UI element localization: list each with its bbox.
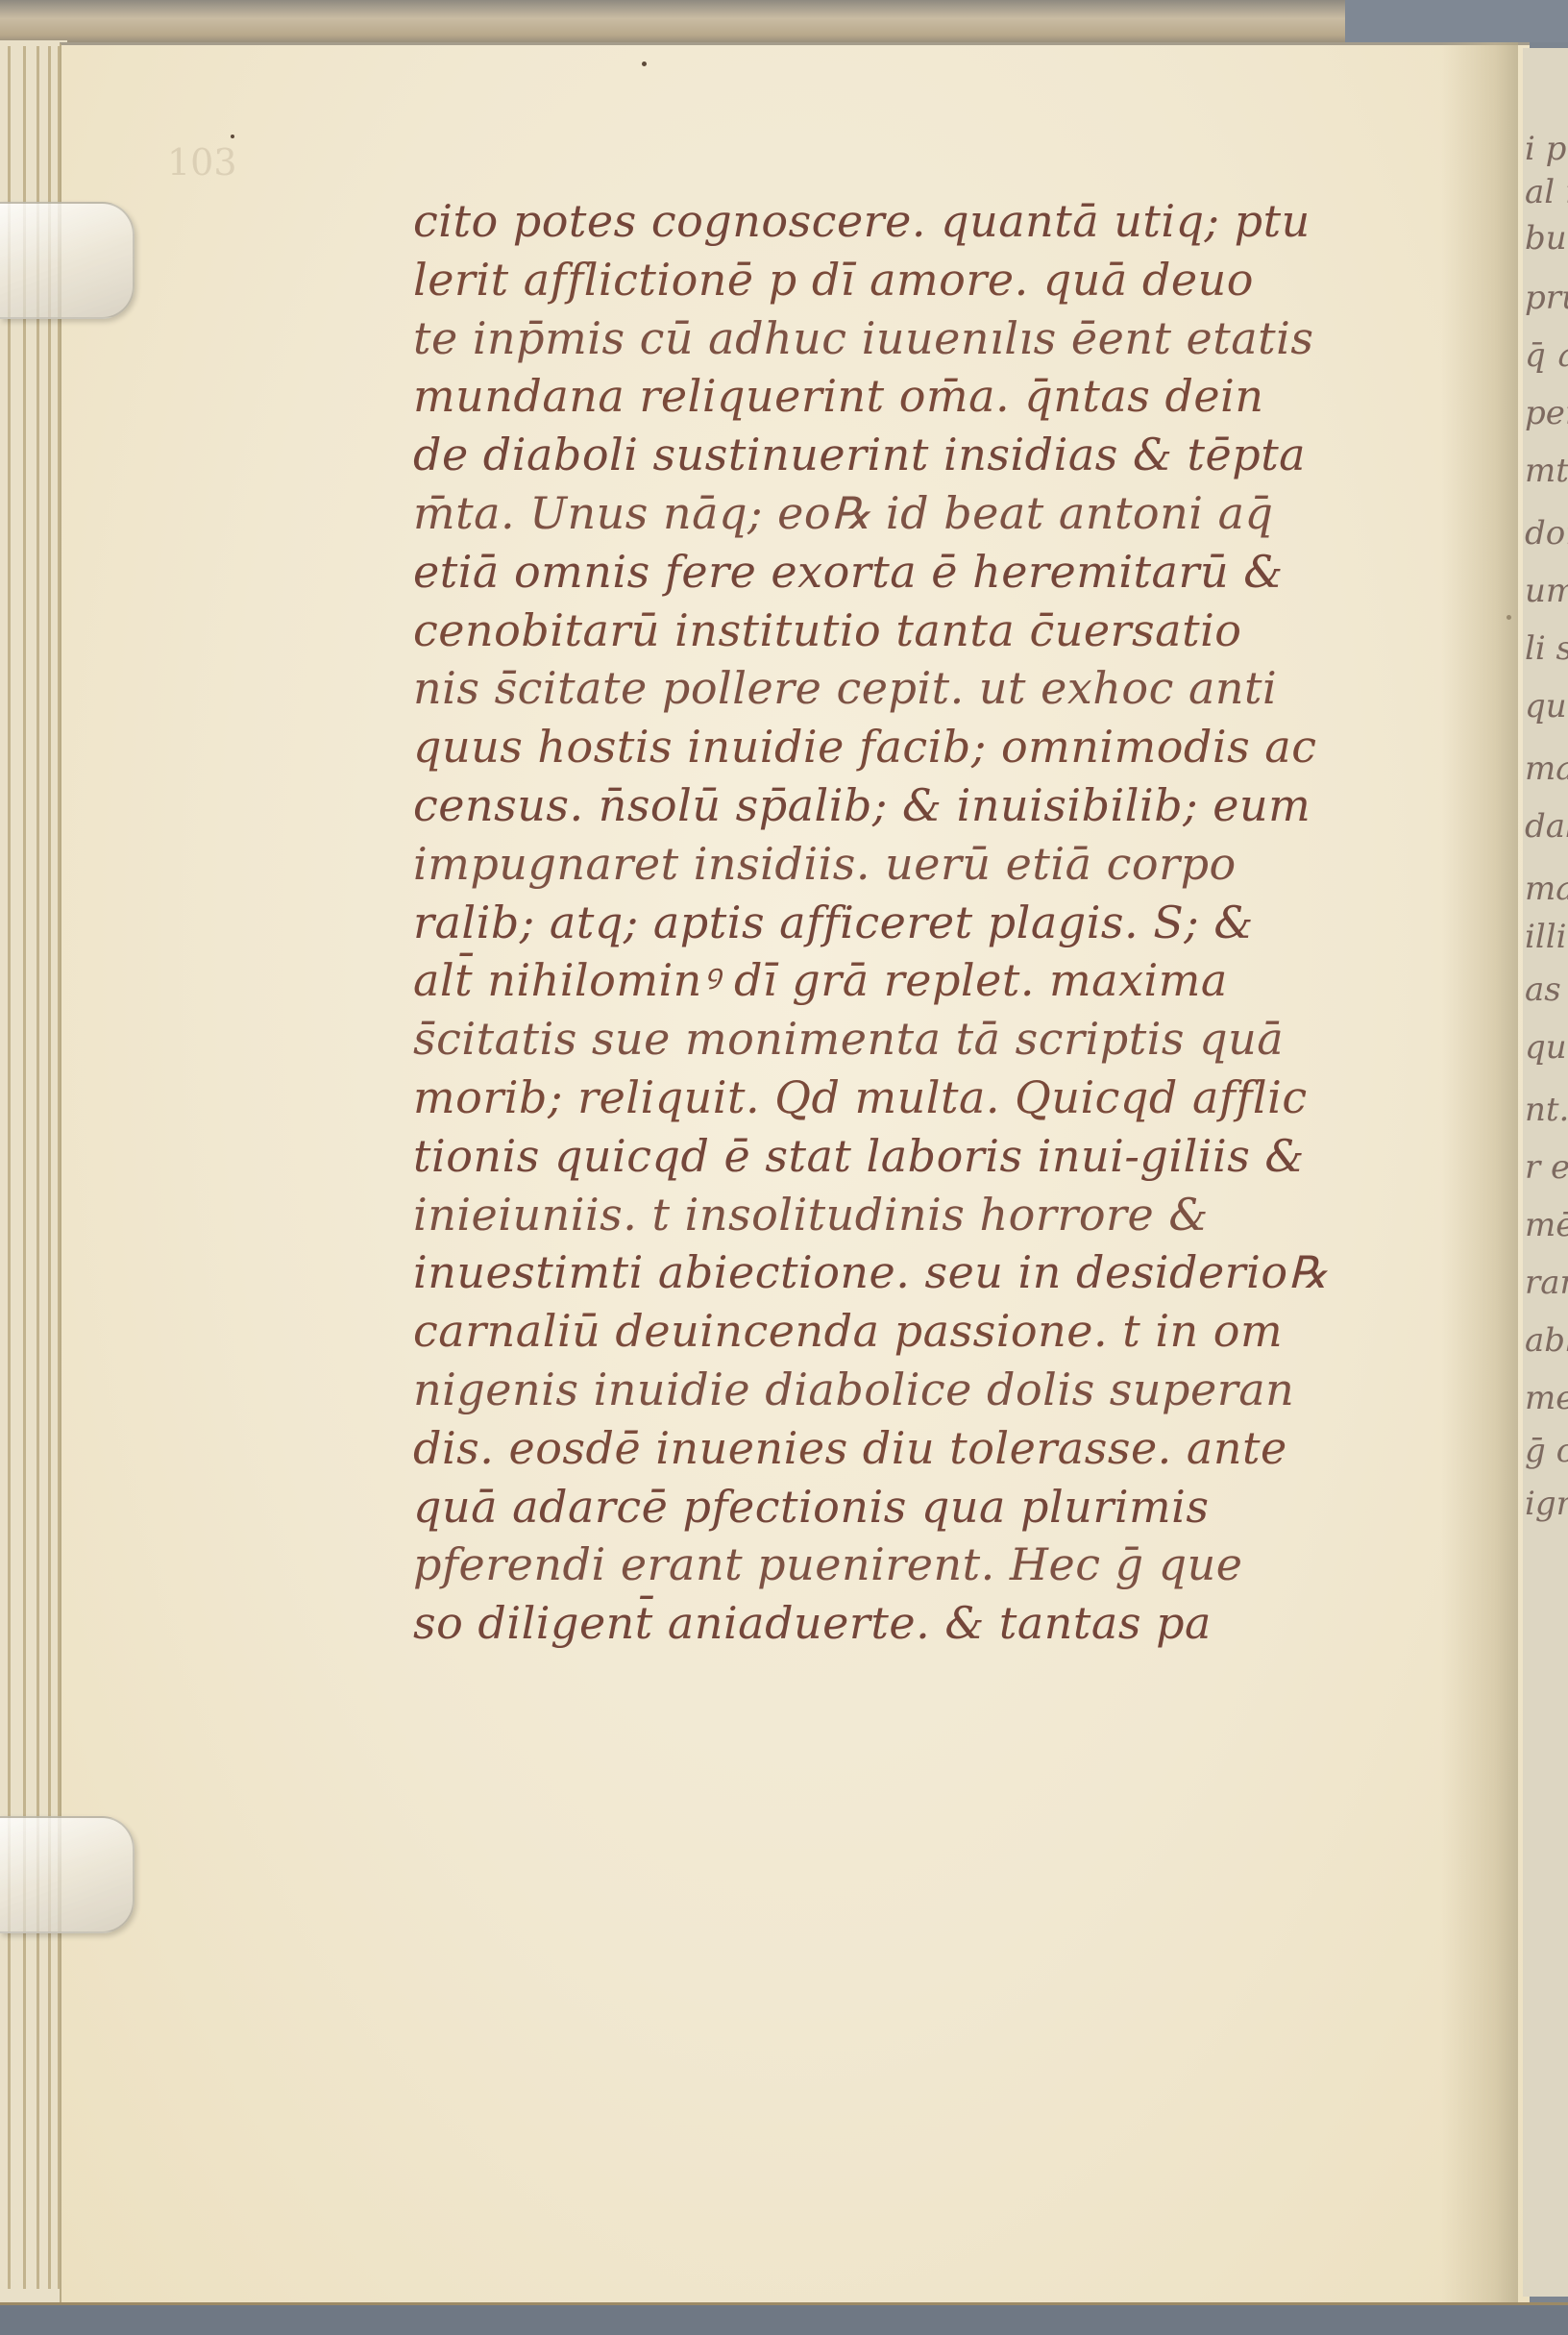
facing-text-fragment: ḡ oli ci xyxy=(1525,1432,1568,1470)
facing-text-fragment: mag xyxy=(1525,750,1568,788)
facing-text-fragment: li suf xyxy=(1525,629,1568,668)
facing-text-fragment: prun xyxy=(1525,279,1568,317)
bottom-background-edge xyxy=(0,2302,1568,2335)
text-line: quus hostis inuidie facib; omnimodis ac xyxy=(413,718,1480,776)
text-line: inieiuniis. t insolitudinis horrore & xyxy=(413,1186,1480,1244)
stacked-page-edges xyxy=(0,40,67,2308)
text-line: cenobitarū institutio tanta c̄uersatio xyxy=(413,602,1480,660)
page-clip-top xyxy=(0,202,135,319)
text-line: etiā omnis fere exorta ē heremitarū & xyxy=(413,543,1480,602)
facing-text-fragment: rare. xyxy=(1525,1264,1568,1302)
facing-text-fragment: q̄ qu xyxy=(1525,336,1568,375)
facing-text-fragment: bula xyxy=(1525,219,1568,258)
text-line: dis. eosdē inuenies diu tolerasse. ante xyxy=(413,1419,1480,1478)
facing-text-fragment: mercer xyxy=(1525,1379,1568,1417)
facing-text-fragment: i pm xyxy=(1525,130,1568,168)
facing-text-fragment: abhdis xyxy=(1525,1321,1568,1360)
text-line: te inp̄mis cū adhuc iuuenılıs ēent etati… xyxy=(413,309,1480,368)
text-line: nis s̄citate pollere cepit. ut exhoc ant… xyxy=(413,659,1480,718)
main-text-block: cito potes cognoscere. quantā utiq; ptu … xyxy=(413,192,1480,1653)
facing-text-fragment: illi xyxy=(1525,918,1567,956)
background-top-right xyxy=(1345,0,1568,42)
text-line: pferendi erant puenirent. Hec ḡ que xyxy=(413,1536,1480,1594)
facing-text-fragment: nt. c xyxy=(1525,1091,1568,1129)
folio-number-ghost: 103 xyxy=(167,141,237,184)
facing-text-fragment: mt a xyxy=(1525,452,1568,490)
text-line: quā adarcē pfectionis qua plurimis xyxy=(413,1478,1480,1536)
facing-text-fragment: dom. xyxy=(1525,514,1568,553)
facing-text-fragment: mag xyxy=(1525,870,1568,908)
page-edge-line xyxy=(48,46,51,2289)
facing-text-fragment: as in xyxy=(1525,971,1568,1009)
text-line: carnaliū deuincenda passione. t in om xyxy=(413,1302,1480,1361)
facing-page-sliver: i pm al re bula prun q̄ qu peru mt a dom… xyxy=(1523,48,1568,2297)
facing-text-fragment: dabon xyxy=(1525,807,1568,846)
page-edge-line xyxy=(37,46,39,2289)
text-line: census. n̄solū sp̄alib; & inuisibilib; e… xyxy=(413,776,1480,835)
facing-text-fragment: al re xyxy=(1525,173,1568,211)
facing-text-fragment: mē sa xyxy=(1525,1206,1568,1244)
facing-text-fragment: quib, xyxy=(1525,687,1568,725)
text-line: lerit afflictionē p dī amore. quā deuo xyxy=(413,251,1480,309)
text-line: nigenis inuidie diabolice dolis superan xyxy=(413,1361,1480,1419)
text-line: mundana reliquerint om̄a. q̄ntas dein xyxy=(413,367,1480,426)
ink-spot xyxy=(231,135,234,138)
text-line: alt̄ nihilominꝰ dī grā replet. maxima xyxy=(413,951,1480,1010)
text-line: cito potes cognoscere. quantā utiq; ptu xyxy=(413,192,1480,251)
facing-text-fragment: igna dis xyxy=(1525,1485,1568,1523)
page-edge-line xyxy=(23,46,26,2289)
text-line: impugnaret insidiis. uerū etiā corpo xyxy=(413,835,1480,894)
facing-text-fragment: um ra xyxy=(1525,572,1568,610)
text-line: so diligent̄ aniaduerte. & tantas pa xyxy=(413,1594,1480,1653)
text-line: s̄citatis sue monimenta tā scriptis quā xyxy=(413,1010,1480,1069)
facing-text-fragment: quend xyxy=(1525,1028,1568,1067)
text-line: inuestimti abiectione. seu in desiderio℞ xyxy=(413,1243,1480,1302)
text-line: morib; reliquit. Qd multa. Quicqd afflic xyxy=(413,1069,1480,1127)
text-line: m̄ta. Unus nāq; eo℞ id beat antoni aq̄ xyxy=(413,484,1480,543)
page-clip-bottom xyxy=(0,1816,135,1933)
facing-text-fragment: peru xyxy=(1525,394,1568,432)
facing-text-fragment: r es xyxy=(1525,1148,1568,1187)
text-line: ralib; atq; aptis afficeret plagis. S; & xyxy=(413,894,1480,952)
gutter-shadow xyxy=(1441,42,1518,2302)
page-edge-line xyxy=(8,46,11,2289)
ink-spot xyxy=(642,61,647,66)
text-line: tionis quicqd ē stat laboris inui-giliis… xyxy=(413,1127,1480,1186)
text-line: de diaboli sustinuerint insidias & tēpta xyxy=(413,426,1480,484)
